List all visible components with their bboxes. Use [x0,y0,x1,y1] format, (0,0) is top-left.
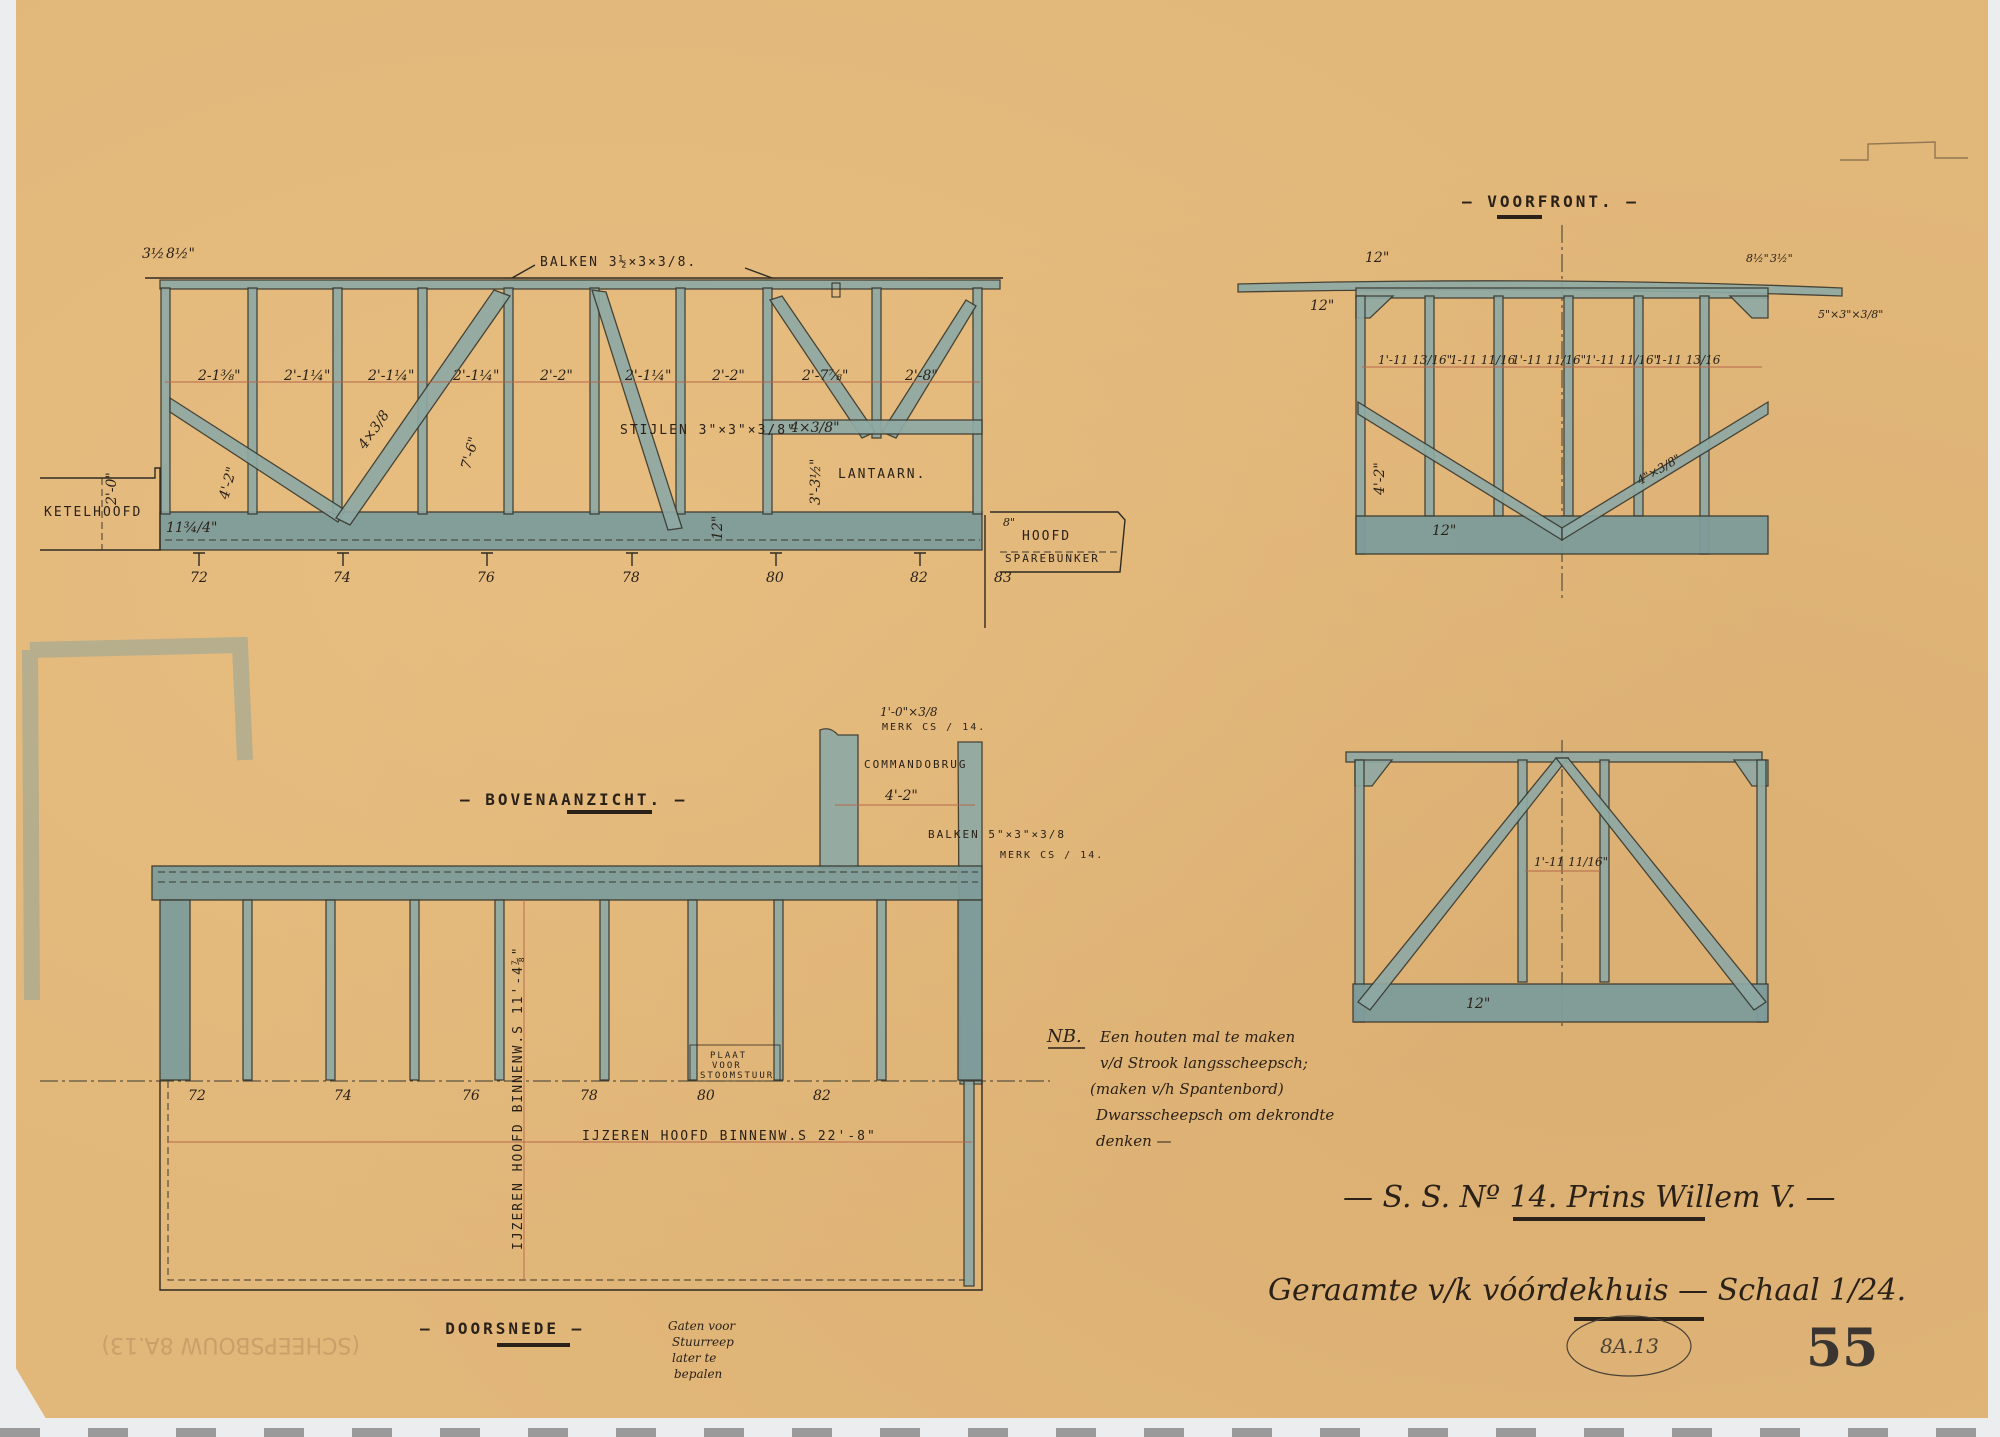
commandobrug-label: COMMANDOBRUG [864,758,967,771]
balken-label: BALKEN 5"×3"×3/8 [928,828,1066,841]
dim-label: 3½" [1770,252,1793,265]
frame-number: 78 [580,1088,598,1104]
spacing-label: 1'-11 13/16" [1378,353,1452,367]
plate-label: VOOR [712,1061,742,1071]
holes-note: Gaten voor [668,1319,736,1333]
dim-label: 8½" [1746,252,1769,265]
note-block: NB. Een houten mal te maken v/d Strook l… [1046,1026,1334,1150]
height-label: 4'-2" [216,465,240,502]
dim-label: 8" [1003,516,1015,529]
title-block: — S. S. Nº 14. Prins Willem V. — Geraamt… [1268,1180,1906,1379]
spacing-label: 1'-11 11/16" [1512,353,1586,367]
overhang-label: 5"×3"×3/8" [1818,308,1883,321]
sheet-number: 55 [1806,1318,1878,1379]
spacing-label: 2'-1¼" [452,368,499,384]
plate-label: 1'-0"×3/8 [880,705,938,719]
plan-title: — BOVENAANZICHT. — [460,790,687,809]
frame-number: 74 [333,570,351,586]
frame-number: 72 [188,1088,206,1104]
note-marker: NB. [1046,1026,1082,1047]
height-label: 12" [710,516,726,540]
height-label: 3'-3½" [808,459,824,505]
voorfront-elevation: — VOORFRONT. — 1'-11 13/16" 1-11 11/16 1… [1238,192,1883,600]
height-label: 11¾/4" [166,520,217,536]
plate-label: PLAAT [710,1051,747,1061]
holes-note: later te [672,1351,716,1365]
spacing-label: 2'-1¼" [367,368,414,384]
spacing-label: 1'-11 11/16" [1534,855,1608,869]
frame-number: 82 [910,570,928,586]
depth-label: IJZEREN HOOFD BINNENW.S 11'-4⅞" [511,945,526,1250]
frame-number: 78 [622,570,640,586]
voorfront-title: — VOORFRONT. — [1462,192,1639,211]
width-label: IJZEREN HOOFD BINNENW.S 22'-8" [582,1129,877,1144]
dim-label: 12" [1432,523,1456,539]
spacing-label: 1'-11 11/16" [1585,353,1659,367]
bunker-label: HOOFD [1022,529,1071,544]
balken-label: BALKEN 3½×3×3/8. [540,255,697,270]
note-line: denken — [1096,1132,1172,1150]
ship-title: — S. S. Nº 14. Prins Willem V. — [1343,1180,1835,1215]
dim-label: 2'-0" [104,472,120,506]
spacing-label: 1-11 13/16 [1655,353,1721,367]
note-line: Een houten mal te maken [1099,1028,1295,1046]
frame-number: 80 [766,570,784,586]
spacing-label: 2'-1¼" [283,368,330,384]
note-line: Dwarsscheepsch om dekrondte [1095,1106,1334,1124]
spacing-label: 2-1⅜" [197,368,241,384]
dim-label: 4'-2" [884,788,918,804]
dim-label: 3½ [142,246,164,262]
holes-note: bepalen [674,1367,722,1381]
bunker-label: SPAREBUNKER [1005,552,1100,565]
merk-label: MERK CS / 14. [882,722,986,733]
drawing-subtitle: Geraamte v/k vóórdekhuis — Schaal 1/24. [1268,1273,1906,1308]
spacing-label: 2'-2" [539,368,573,384]
archive-mark: 8A.13 [1600,1334,1659,1358]
spacing-label: 2'-1¼" [624,368,671,384]
dim-label: 8½" [166,246,195,262]
frame-number: 80 [697,1088,715,1104]
merk-label: MERK CS / 14. [1000,850,1104,861]
spacing-label: 2'-8" [904,368,938,384]
spacing-label: 2'-2" [711,368,745,384]
scan-ruler-strip [0,1428,2000,1437]
side-elevation: 3½ 8½" [40,246,1125,628]
spacing-label: 2'-7⅞" [801,368,848,384]
frame-number: 74 [334,1088,352,1104]
dim-label: 12" [1310,298,1334,314]
frame-number: 72 [190,570,208,586]
dim-label: 12" [1365,250,1389,266]
stijlen-label: STIJLEN 3"×3"×3/8" [620,423,797,438]
height-label: 4'-2" [1372,462,1388,496]
frame-number: 76 [477,570,495,586]
spacing-label: 1-11 11/16 [1450,353,1516,367]
height-label: 7'-6" [458,435,482,471]
holes-note: Stuurreep [672,1335,734,1349]
dim-label: 12" [1466,996,1490,1012]
plan-view: — BOVENAANZICHT. — COMMANDOBRUG 4'-2" 1'… [40,705,1104,1381]
frame-number: 82 [813,1088,831,1104]
rear-front-elevation: 1'-11 11/16" 12" [1346,740,1768,1030]
brace-label: 4×3/8" [789,420,840,436]
note-line: (maken v/h Spantenbord) [1090,1080,1284,1098]
frame-number: 76 [462,1088,480,1104]
plate-label: STOOMSTUUR [700,1071,774,1081]
note-line: v/d Strook langsscheepsch; [1100,1054,1308,1072]
frame-number: 83 [994,570,1012,586]
section-title: — DOORSNEDE — [420,1319,584,1338]
lantaarn-label: LANTAARN. [838,467,926,482]
technical-drawing: .st{fill:#8fa9a4;stroke:#3a3a30;stroke-w… [0,0,2000,1437]
faded-stamp: (SCHEEPSBOUW 8A.13) [101,1332,360,1357]
ketelhoofd-label: KETELHOOFD [44,505,142,520]
